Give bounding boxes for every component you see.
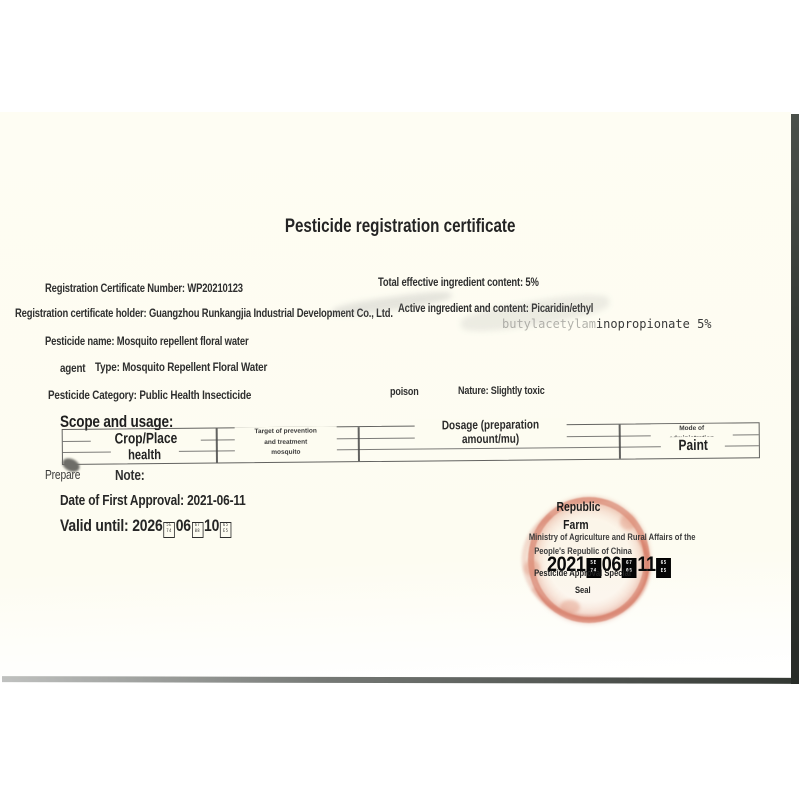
category-field: Pesticide Category: Public Health Insect… (48, 388, 251, 402)
pesticide-name-field: Pesticide name: Mosquito repellent flora… (45, 336, 248, 348)
page-shadow-bottom (2, 676, 797, 684)
paint-text: Paint (678, 437, 708, 454)
prepare-label: Prepare (45, 468, 80, 482)
certificate-title-text: Pesticide registration certificate (285, 216, 516, 238)
poison-label: poison (390, 386, 419, 398)
seal-text-farm: Farm (516, 517, 636, 532)
page-shadow-right (791, 114, 799, 684)
missing-glyph-day: 65E5 (220, 522, 231, 538)
missing-glyph-month: 6708 (192, 522, 203, 538)
screenshot-canvas: Pesticide registration certificate Regis… (0, 0, 800, 800)
target-line1: Target of prevention (254, 428, 316, 436)
table-value-health: health (111, 446, 179, 463)
table-column-line (216, 429, 218, 463)
dosage-line2: amount/mu) (462, 432, 519, 446)
seal-republic-text: Republic (556, 499, 600, 514)
type-field: Type: Mosquito Repellent Floral Water (95, 360, 267, 374)
seal-farm-text: Farm (563, 517, 588, 532)
valid-until-month: 06 (176, 516, 191, 535)
nature-field: Nature: Slightly toxic (458, 385, 545, 397)
first-approval-field: Date of First Approval: 2021-06-11 (60, 493, 246, 509)
registration-number-field: Registration Certificate Number: WP20210… (45, 283, 243, 295)
seal-text-ministry: Ministry of Agriculture and Rural Affair… (508, 532, 698, 543)
seal-text-seal: Seal (523, 585, 643, 596)
seal-ministry-text: Ministry of Agriculture and Rural Affair… (529, 532, 696, 543)
health-text: health (128, 446, 161, 462)
seal-edge-bump (560, 600, 580, 614)
mode-line1: Mode of (679, 425, 704, 432)
agent-label: agent (60, 361, 85, 375)
target-line3: mosquito (271, 449, 300, 456)
note-label: Note: (115, 468, 145, 484)
certificate-title: Pesticide registration certificate (0, 216, 800, 238)
table-col-crop-place: Crop/Place (91, 430, 201, 448)
seal-approval-text: Pesticide Approval Special (535, 568, 632, 579)
table-value-paint: Paint (661, 437, 725, 455)
missing-glyph-year: 5E74 (163, 522, 174, 538)
seal-text-republic: Republic (518, 499, 638, 514)
usage-table: Crop/Place health Target of prevention a… (62, 422, 760, 465)
active-ingredient-line2-clear: inopropionate 5% (596, 317, 712, 331)
table-col-dosage: Dosage (preparation amount/mu) (415, 418, 567, 446)
total-content-field: Total effective ingredient content: 5% (378, 277, 539, 289)
valid-until-field: Valid until: 20265E740667081065E5 (60, 516, 232, 538)
target-line2: and treatment (264, 438, 307, 445)
table-col-target: Target of prevention and treatment mosqu… (235, 426, 337, 458)
seal-seal-text: Seal (575, 585, 591, 596)
crop-place-text: Crop/Place (114, 430, 177, 448)
table-column-line (619, 425, 621, 459)
valid-until-prefix: Valid until: 2026 (60, 516, 163, 535)
valid-until-day: 10 (204, 516, 219, 535)
table-column-line (358, 427, 360, 461)
seal-text-approval: Pesticide Approval Special (503, 568, 663, 579)
